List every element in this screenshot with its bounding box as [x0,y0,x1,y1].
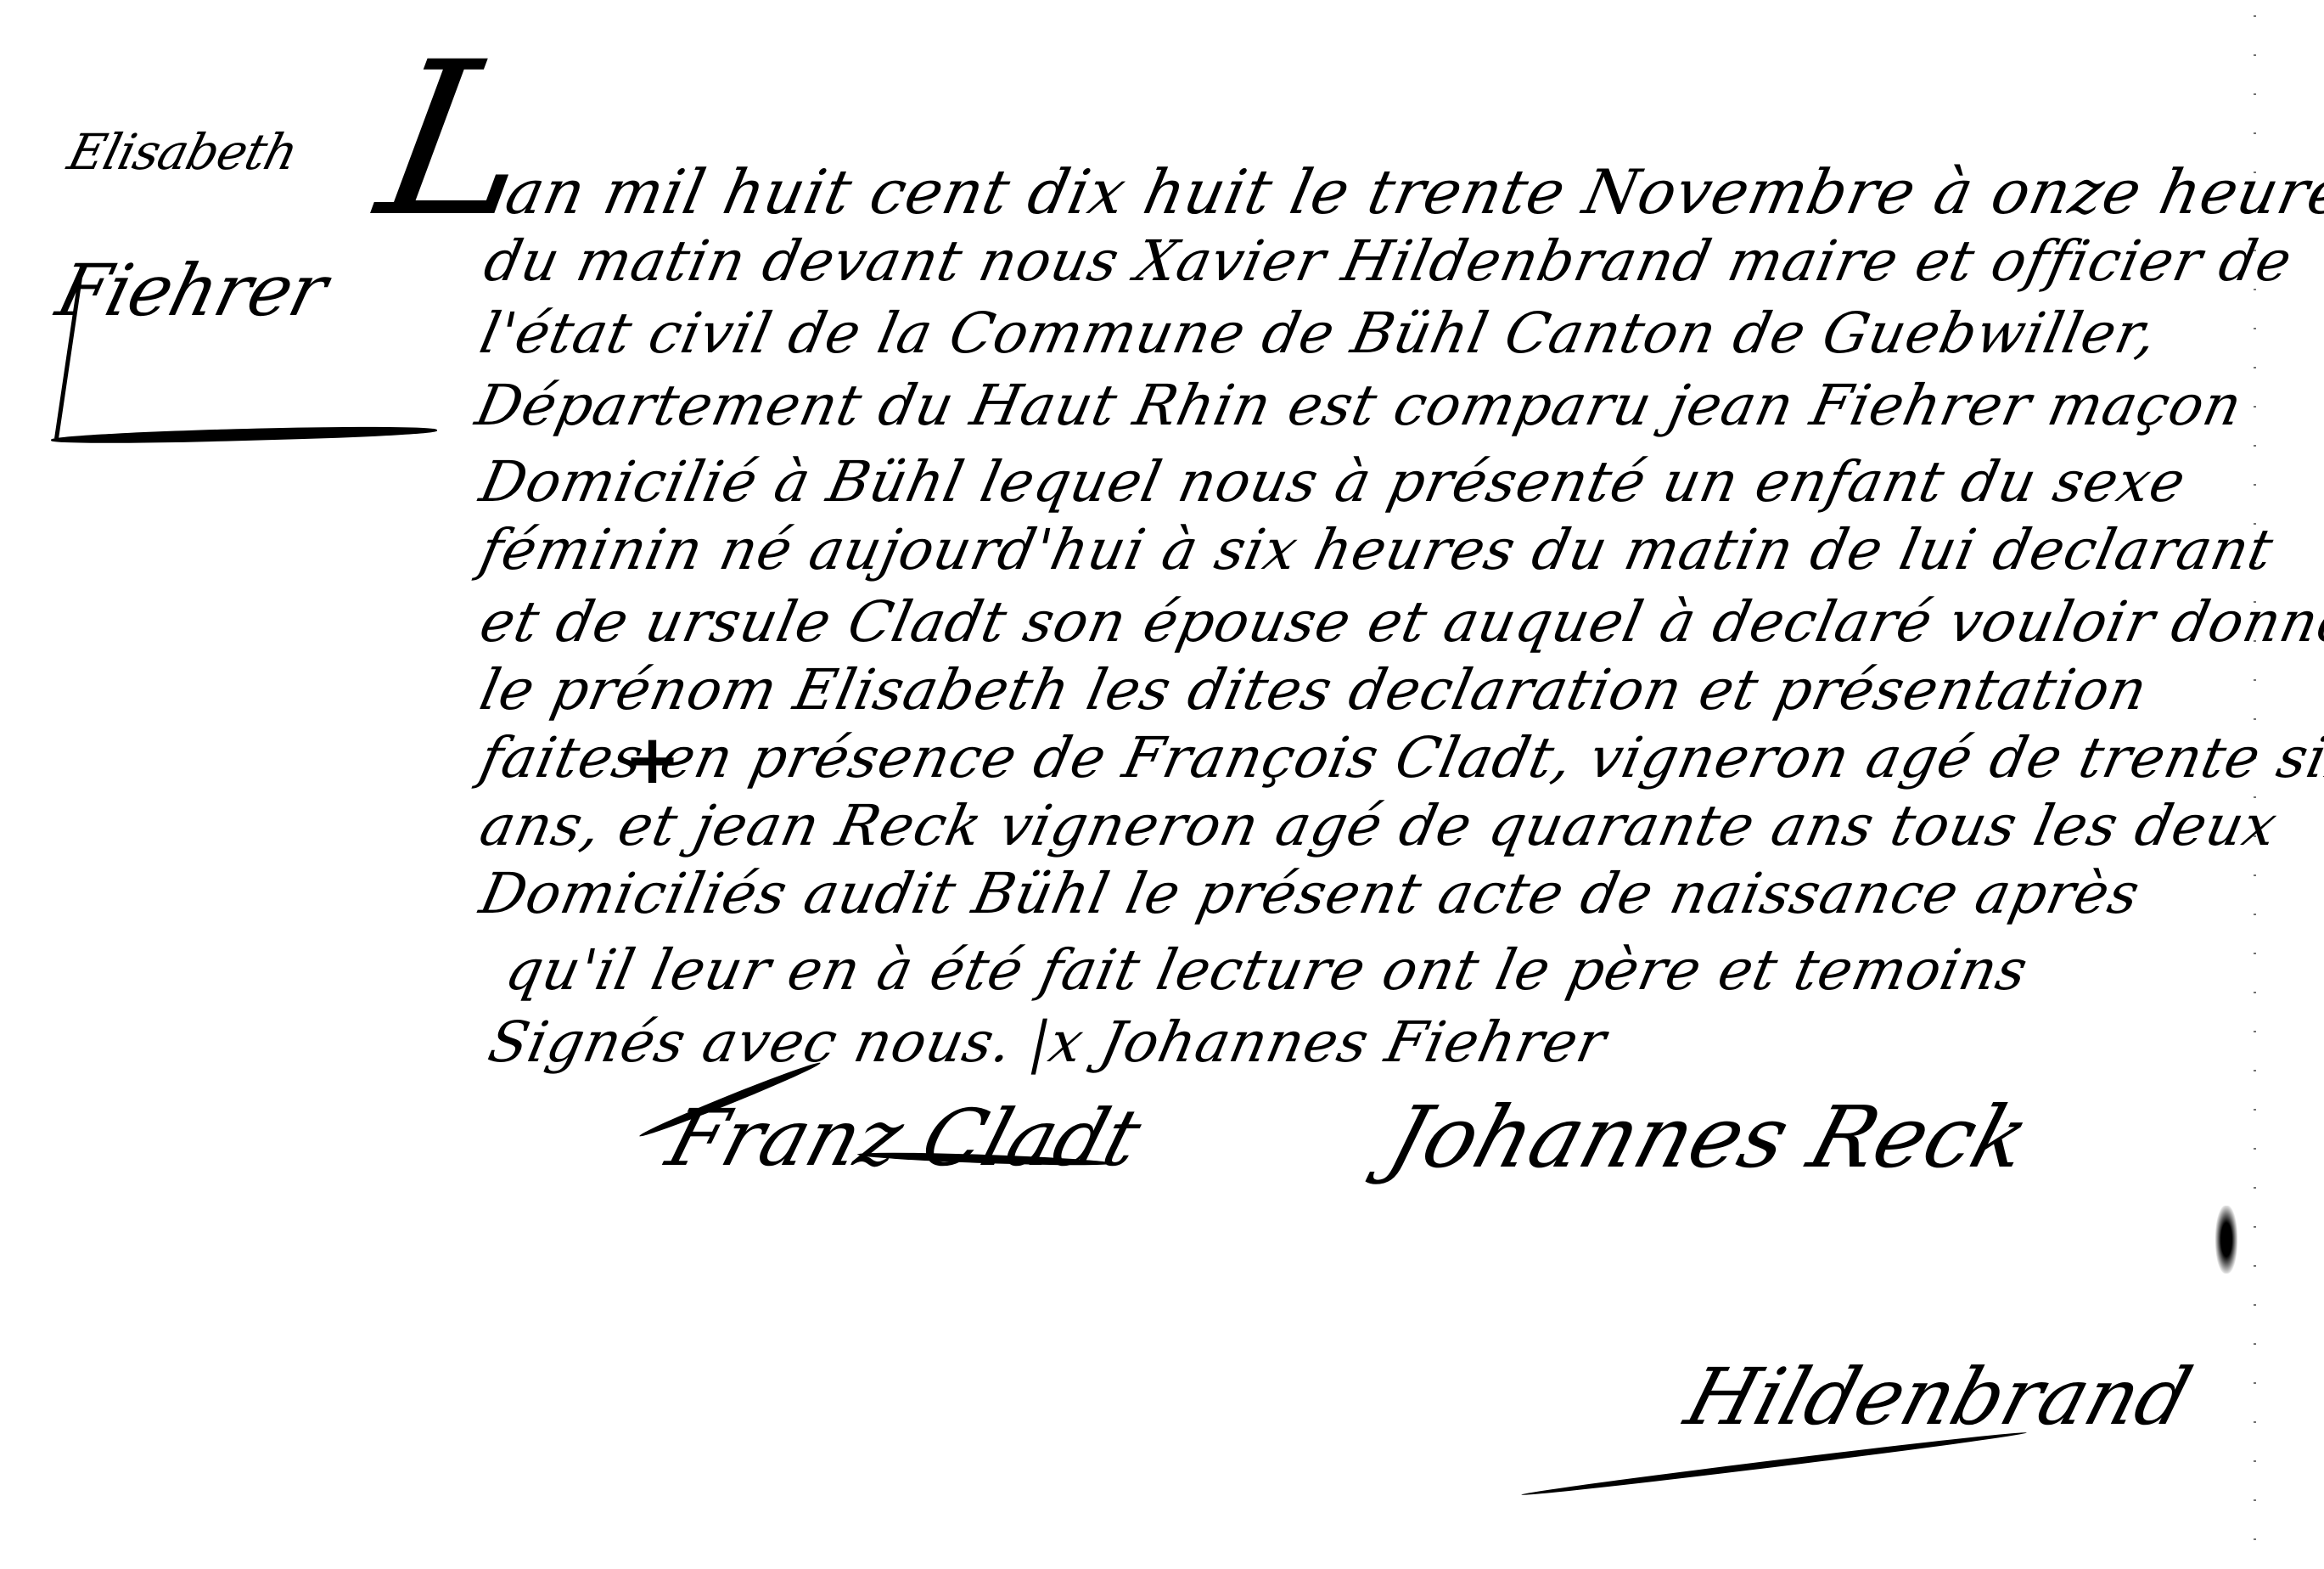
page-edge-speckle [2254,0,2256,1569]
record-line-6: féminin né aujourd'hui à six heures du m… [475,522,2278,578]
margin-surname: Fiehrer [51,255,334,326]
record-line-9: faites en présence de François Cladt, vi… [475,730,2324,786]
ink-stain [2215,1206,2237,1274]
record-line-4: Département du Haut Rhin est comparu jea… [471,378,2247,434]
record-line-5: Domicilié à Bühl lequel nous à présenté … [475,454,2191,510]
record-line-7: et de ursule Cladt son épouse et auquel … [475,594,2324,650]
record-line-2: du matin devant nous Xavier Hildenbrand … [480,233,2297,290]
signature-johannes-reck: Johannes Reck [1380,1095,2038,1180]
record-line-11: Domiciliés audit Bühl le présent acte de… [475,866,2145,922]
document-page: Elisabeth Fiehrer L an mil huit cent dix… [0,0,2324,1569]
signature-mayor-hildenbrand: Hildenbrand [1678,1358,2199,1437]
margin-flourish [51,424,437,447]
record-line-8: le prénom Elisabeth les dites declaratio… [475,662,2153,718]
record-line-13: Signés avec nous. |x Johannes Fiehrer [484,1015,1611,1071]
signature-franz-cladt: Franz Cladt [660,1099,1149,1178]
record-line-12: qu'il leur en à été fait lecture ont le … [501,942,2033,998]
record-line-3: l'état civil de la Commune de Bühl Canto… [475,306,2162,362]
record-line-1: an mil huit cent dix huit le trente Nove… [501,161,2324,222]
witness-cross-mark: + [624,726,681,794]
margin-given-name: Elisabeth [64,127,302,177]
record-line-10: ans, et jean Reck vigneron agé de quaran… [475,798,2282,854]
